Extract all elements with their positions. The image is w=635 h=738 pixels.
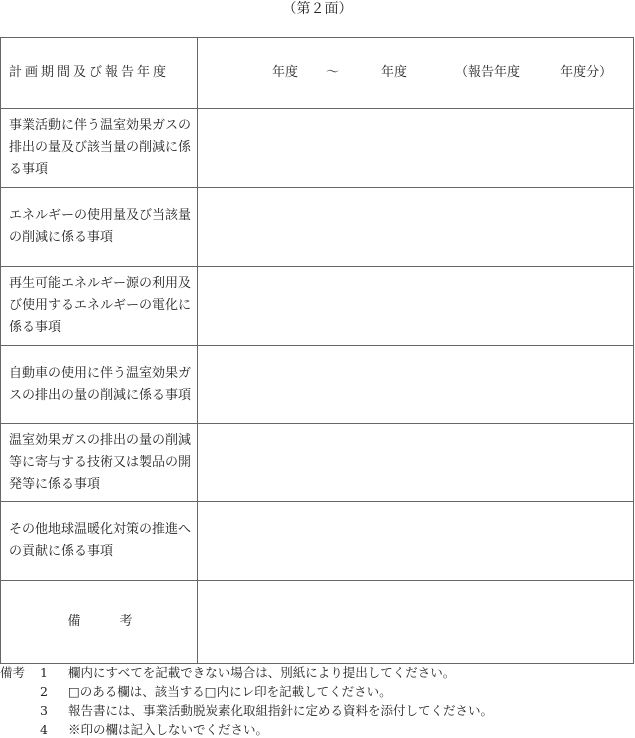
note-number: 4 xyxy=(40,720,68,738)
table-row: 再生可能エネルギー源の利用及び使用するエネルギーの電化に係る事項 xyxy=(1,267,634,346)
row-label: 再生可能エネルギー源の利用及び使用するエネルギーの電化に係る事項 xyxy=(1,267,198,346)
row-value-cell[interactable] xyxy=(198,424,634,502)
note-text: 報告書には、事業活動脱炭素化取組指針に定める資料を添付してください。 xyxy=(68,701,635,720)
row-label: 温室効果ガスの排出の量の削減等に寄与する技術又は製品の開発等に係る事項 xyxy=(1,424,198,502)
report-year-suffix: 年度分） xyxy=(560,64,612,82)
table-row: 自動車の使用に伴う温室効果ガスの排出の量の削減に係る事項 xyxy=(1,346,634,424)
period-label: 計画期間及び報告年度 xyxy=(1,38,198,109)
period-row: 計画期間及び報告年度 年度 ～ 年度 （報告年度 年度分） xyxy=(1,38,634,109)
note-number: 2 xyxy=(40,682,68,701)
page-title: （第２面） xyxy=(0,0,635,18)
note-text: □のある欄は、該当する□内にレ印を記載してください。 xyxy=(68,682,635,701)
table-row: エネルギーの使用量及び当該量の削減に係る事項 xyxy=(1,188,634,267)
period-fields: 年度 ～ 年度 （報告年度 年度分） xyxy=(198,64,633,82)
notes-heading: 備考 xyxy=(0,663,40,682)
row-value-cell[interactable] xyxy=(198,346,634,424)
remarks-row: 備 考 xyxy=(1,581,634,664)
period-tilde: ～ xyxy=(326,64,339,82)
row-label: 事業活動に伴う温室効果ガスの排出の量及び該当量の削減に係る事項 xyxy=(1,109,198,188)
note-text: 欄内にすべてを記載できない場合は、別紙により提出してください。 xyxy=(68,663,635,682)
notes-section: 備考 1 欄内にすべてを記載できない場合は、別紙により提出してください。 2 □… xyxy=(0,663,635,738)
row-value-cell[interactable] xyxy=(198,502,634,581)
report-form-table: 計画期間及び報告年度 年度 ～ 年度 （報告年度 年度分） 事業活動に伴う温室効… xyxy=(0,37,634,664)
period-value-cell[interactable]: 年度 ～ 年度 （報告年度 年度分） xyxy=(198,38,634,109)
row-value-cell[interactable] xyxy=(198,109,634,188)
note-text: ※印の欄は記入しないでください。 xyxy=(68,720,635,738)
table-row: 温室効果ガスの排出の量の削減等に寄与する技術又は製品の開発等に係る事項 xyxy=(1,424,634,502)
report-year-prefix: （報告年度 xyxy=(455,64,520,82)
note-item: 4 ※印の欄は記入しないでください。 xyxy=(0,720,635,738)
note-item: 2 □のある欄は、該当する□内にレ印を記載してください。 xyxy=(0,682,635,701)
note-number: 1 xyxy=(40,663,68,682)
remarks-value-cell[interactable] xyxy=(198,581,634,664)
row-label: その他地球温暖化対策の推進への貢献に係る事項 xyxy=(1,502,198,581)
remarks-label: 備 考 xyxy=(1,581,198,664)
row-value-cell[interactable] xyxy=(198,267,634,346)
note-item: 3 報告書には、事業活動脱炭素化取組指針に定める資料を添付してください。 xyxy=(0,701,635,720)
end-year-suffix: 年度 xyxy=(381,64,407,82)
row-label: エネルギーの使用量及び当該量の削減に係る事項 xyxy=(1,188,198,267)
note-item: 備考 1 欄内にすべてを記載できない場合は、別紙により提出してください。 xyxy=(0,663,635,682)
note-number: 3 xyxy=(40,701,68,720)
row-label: 自動車の使用に伴う温室効果ガスの排出の量の削減に係る事項 xyxy=(1,346,198,424)
table-row: 事業活動に伴う温室効果ガスの排出の量及び該当量の削減に係る事項 xyxy=(1,109,634,188)
start-year-suffix: 年度 xyxy=(272,64,298,82)
row-value-cell[interactable] xyxy=(198,188,634,267)
table-row: その他地球温暖化対策の推進への貢献に係る事項 xyxy=(1,502,634,581)
